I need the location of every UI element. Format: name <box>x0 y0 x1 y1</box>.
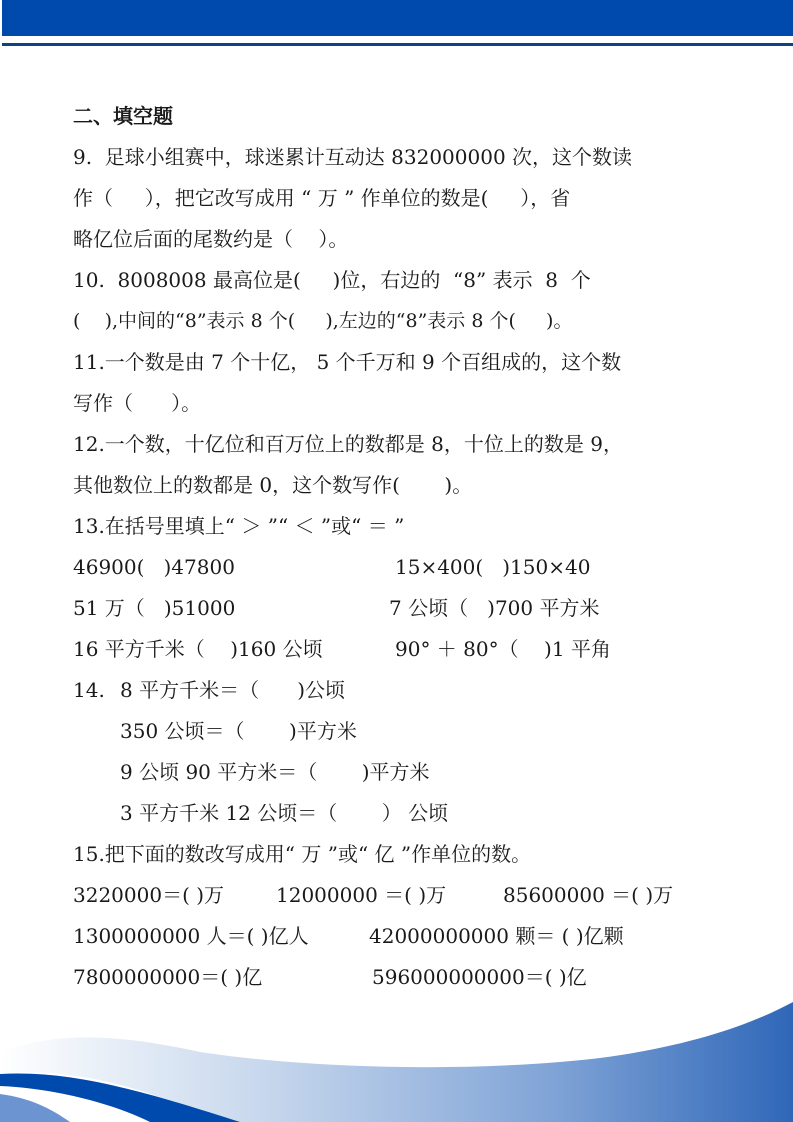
question-line: 作（ ），把它改写成用 “ 万 ” 作单位的数是( ），省 <box>73 178 733 219</box>
header-bar <box>2 0 793 36</box>
question-line: 略亿位后面的尾数约是（ ）。 <box>73 219 733 260</box>
comparison-left: 46900( )47800 <box>73 547 395 588</box>
comparison-left: 16 平方千米（ )160 公顷 <box>73 629 395 670</box>
question-line: 9. 足球小组赛中，球迷累计互动达 832000000 次，这个数读 <box>73 137 733 178</box>
rewrite-item: 3220000＝( )万 <box>73 875 276 916</box>
question-line: 10. 8008008 最高位是( )位，右边的 “8” 表示 8 个 <box>73 260 733 301</box>
rewrite-item: 1300000000 人＝( )亿人 <box>73 916 369 957</box>
rewrite-row: 3220000＝( )万 12000000 ＝( )万 85600000 ＝( … <box>73 875 733 916</box>
rewrite-row: 1300000000 人＝( )亿人 42000000000 颗＝ ( )亿颗 <box>73 916 733 957</box>
comparison-left: 51 万（ )51000 <box>73 588 389 629</box>
footer-wave-decoration <box>0 990 793 1122</box>
comparison-right: 15×400( )150×40 <box>395 547 590 588</box>
comparison-right: 90° ＋ 80°（ )1 平角 <box>395 629 611 670</box>
question-title: 13.在括号里填上“ ＞ ”“ ＜ ”或“ ＝ ” <box>73 506 733 547</box>
question-15: 15.把下面的数改写成用“ 万 ”或“ 亿 ”作单位的数。 3220000＝( … <box>73 834 733 998</box>
comparison-row: 51 万（ )51000 7 公顷（ )700 平方米 <box>73 588 733 629</box>
conversion-item: 3 平方千米 12 公顷＝（ ） 公顷 <box>73 793 733 834</box>
worksheet-content: 二、填空题 9. 足球小组赛中，球迷累计互动达 832000000 次，这个数读… <box>73 96 733 998</box>
header-rule <box>2 43 793 46</box>
conversion-item: 9 公顷 90 平方米＝（ )平方米 <box>73 752 733 793</box>
rewrite-item: 85600000 ＝( )万 <box>503 875 673 916</box>
question-title: 15.把下面的数改写成用“ 万 ”或“ 亿 ”作单位的数。 <box>73 834 733 875</box>
question-10: 10. 8008008 最高位是( )位，右边的 “8” 表示 8 个 ( ),… <box>73 260 733 342</box>
comparison-right: 7 公顷（ )700 平方米 <box>389 588 600 629</box>
conversion-row: 14. 8 平方千米＝（ )公顷 <box>73 670 733 711</box>
comparison-row: 16 平方千米（ )160 公顷 90° ＋ 80°（ )1 平角 <box>73 629 733 670</box>
question-13: 13.在括号里填上“ ＞ ”“ ＜ ”或“ ＝ ” 46900( )47800 … <box>73 506 733 670</box>
rewrite-item: 12000000 ＝( )万 <box>276 875 503 916</box>
question-14: 14. 8 平方千米＝（ )公顷 350 公顷＝（ )平方米 9 公顷 90 平… <box>73 670 733 834</box>
question-11: 11.一个数是由 7 个十亿， 5 个千万和 9 个百组成的，这个数 写作（ ）… <box>73 342 733 424</box>
conversion-item: 8 平方千米＝（ )公顷 <box>120 670 345 711</box>
question-line: ( ),中间的“8”表示 8 个( ),左边的“8”表示 8 个( )。 <box>73 301 733 342</box>
rewrite-item: 42000000000 颗＝ ( )亿颗 <box>369 916 624 957</box>
question-number: 14. <box>73 670 120 711</box>
question-9: 9. 足球小组赛中，球迷累计互动达 832000000 次，这个数读 作（ ），… <box>73 137 733 260</box>
conversion-item: 350 公顷＝（ )平方米 <box>73 711 733 752</box>
question-line: 11.一个数是由 7 个十亿， 5 个千万和 9 个百组成的，这个数 <box>73 342 733 383</box>
question-line: 写作（ ）。 <box>73 383 733 424</box>
comparison-row: 46900( )47800 15×400( )150×40 <box>73 547 733 588</box>
section-title: 二、填空题 <box>73 96 733 137</box>
question-12: 12.一个数，十亿位和百万位上的数都是 8，十位上的数是 9， 其他数位上的数都… <box>73 424 733 506</box>
question-line: 12.一个数，十亿位和百万位上的数都是 8，十位上的数是 9， <box>73 424 733 465</box>
question-line: 其他数位上的数都是 0，这个数写作( )。 <box>73 465 733 506</box>
